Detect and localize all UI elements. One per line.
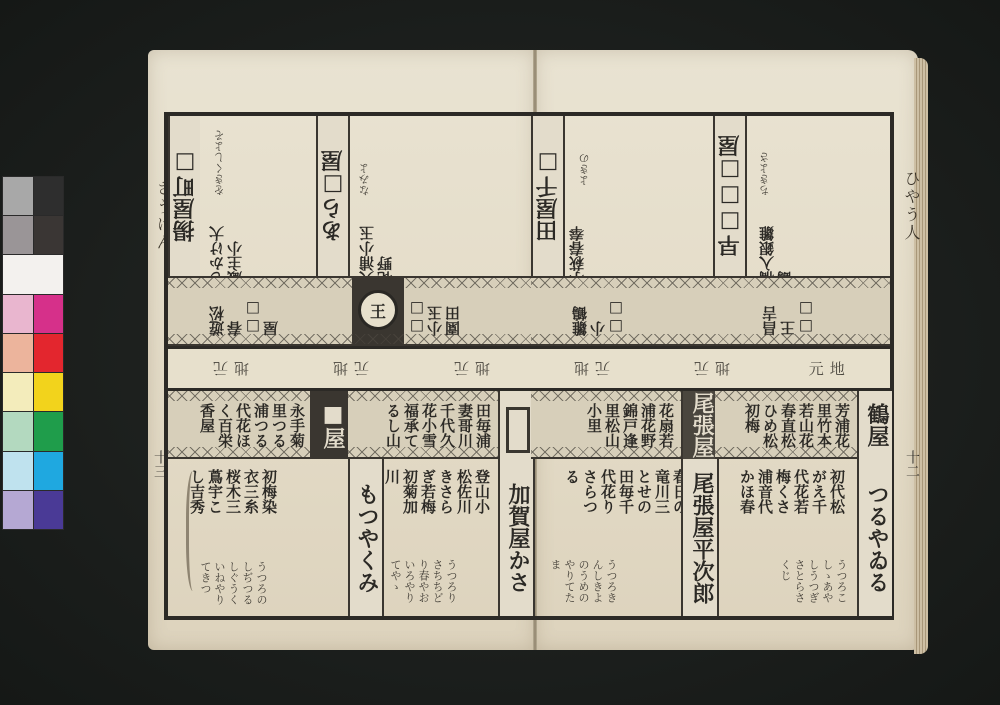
house-header-r2: 鶴屋 xyxy=(857,391,892,459)
bottom-section: 永手菊里つる浦つる代花ほく百栄香屋 ■屋 初梅染衣三糸桜木三蔦宇こし吉秀 うつろ… xyxy=(168,391,890,616)
color-swatch xyxy=(3,412,33,450)
kana-l1: うつろのしぢつるしぐうくいねやりてきつ xyxy=(198,561,268,611)
proprietor-r1: 尾張屋平次郎 xyxy=(681,459,719,616)
color-swatch xyxy=(3,491,33,529)
color-swatch xyxy=(34,177,64,215)
color-swatch xyxy=(3,255,63,293)
kana-r1: うつろきんしきよのうめのやりてたま xyxy=(548,559,618,611)
names-l2-row2: 登山小松佐川きさらぎ若梅初菊加川 xyxy=(383,469,491,517)
names-r2-row2: 初代松がえ千代花若梅くさ浦音代かほ春 xyxy=(738,469,846,517)
color-swatch xyxy=(34,412,64,450)
top-house-label-1: 揚屋町□ xyxy=(168,116,200,276)
kana-l2: うつろりさちちどり春やおいろやりてやゝ xyxy=(388,559,458,611)
names-strip-r2: 芳浦花里竹本若山花春直松ひめ松初梅 xyxy=(715,391,857,459)
inverted-top-section: 揚屋町□ をきくしよそ しかけ大蔵主小 あら□屋 なみよ 大浦小玉花野 遊松春□… xyxy=(168,116,890,346)
proprietor-l2: 加賀屋かさ xyxy=(498,459,535,616)
house-header-l2 xyxy=(498,391,535,459)
proprietor-l1: もつやくみ xyxy=(348,459,384,616)
color-swatch xyxy=(3,334,33,372)
color-swatch xyxy=(3,177,33,215)
names-strip-l2: 田毎浦妻哥川千代久花小雪福承てるし山 xyxy=(348,391,498,459)
page-edges xyxy=(914,58,928,654)
top-name-strip-right: 雛鶴小□□ 昌吉王□□ xyxy=(531,276,890,346)
color-swatch xyxy=(34,373,64,411)
right-page-number: 十二 xyxy=(902,450,922,478)
color-swatch xyxy=(34,452,64,490)
color-swatch xyxy=(3,373,33,411)
top-kana-notes: なみよ xyxy=(358,126,372,196)
color-swatch xyxy=(34,491,64,529)
paper-stain xyxy=(186,471,203,591)
top-kana-notes: ちきよさ xyxy=(758,126,772,196)
top-kana-notes: をきくしよそ xyxy=(213,126,227,196)
printed-frame: 揚屋町□ をきくしよそ しかけ大蔵主小 あら□屋 なみよ 大浦小玉花野 遊松春□… xyxy=(164,112,894,620)
names-r1-row2: 春日の竜川三とせの田毎千代花りさらつる xyxy=(563,469,689,517)
open-book: さうけん ひやう人 十三 十二 揚屋町□ をきくしよそ しかけ大蔵主小 あら□屋… xyxy=(148,50,928,656)
color-swatch xyxy=(34,216,64,254)
color-swatch xyxy=(3,216,33,254)
house-header-l1: ■屋 xyxy=(310,391,350,459)
top-kana-notes: よきの xyxy=(578,126,592,186)
color-swatch xyxy=(34,295,64,333)
names-strip-r1: 花扇若浦花野錦戸逢里松山小里 xyxy=(531,391,681,459)
top-house-label-3: 田屋千□ xyxy=(531,116,565,276)
crest-emblem: 王 xyxy=(358,290,398,330)
color-checker-chart xyxy=(2,176,64,530)
color-swatch xyxy=(3,295,33,333)
top-house-label-4: 早□□□屋 xyxy=(713,116,747,276)
top-name-strip-left: 遊松春□□屋 □□小玉園田 王 xyxy=(168,276,531,346)
right-margin-text: ひやう人 xyxy=(900,170,923,242)
house-header-r1: 尾張屋 xyxy=(681,391,719,459)
address-band: 地元 元地 地元 元地 地元 元地 xyxy=(168,346,890,391)
kana-r2: うつろこしゝあやしうつぎさとらさくじ xyxy=(778,559,848,611)
top-house-label-2: あら□屋 xyxy=(316,116,350,276)
color-swatch xyxy=(34,334,64,372)
color-swatch xyxy=(3,452,33,490)
proprietor-r2: つるやゐる xyxy=(857,459,892,616)
